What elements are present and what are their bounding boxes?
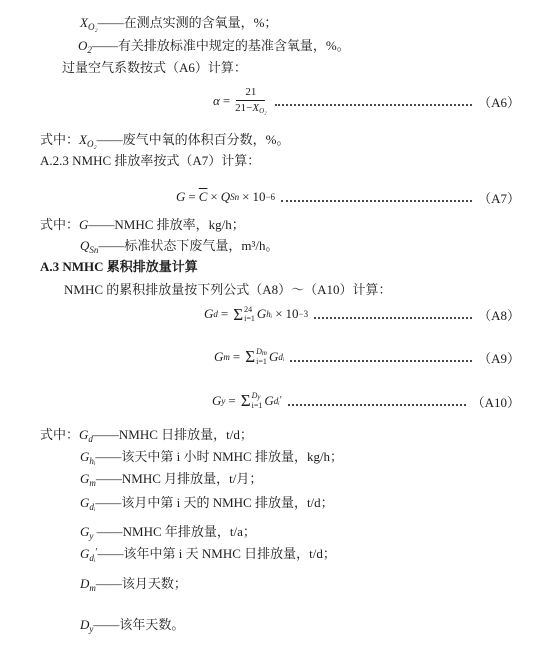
symbol-gdi: G <box>80 546 89 561</box>
prime-mark: ′ <box>280 395 282 406</box>
gdi-symbol: G <box>269 349 278 365</box>
equals-sign: = <box>223 93 230 109</box>
summation: Σ Dm i=1 <box>245 347 267 366</box>
where-text: ——废气中氧的体积百分数，%。 <box>97 132 290 147</box>
document-page: XO₂——在测点实测的含氧量，%； O2——有关排放标准中规定的基准含氧量，%。… <box>0 0 554 660</box>
formula-a8: Gd = Σ 24 i=1 Ghᵢ × 10−3 <box>204 305 308 323</box>
formula-a9: Gm = Σ Dm i=1 Gdᵢ <box>214 347 284 366</box>
where-line-dm: Dm——该月天数； <box>80 575 187 597</box>
symbol-gm: G <box>80 471 89 486</box>
symbol-xo2-subscript: O₂ <box>88 22 98 32</box>
formula-label-a6: （A6） <box>478 92 520 111</box>
gd-subscript: d <box>213 309 218 319</box>
dm-subscript: m <box>262 349 267 357</box>
base-ten: 10 <box>252 189 265 205</box>
summation: Σ Dy i=1 <box>241 391 263 410</box>
equals-sign: = <box>228 393 235 409</box>
paragraph-text: 过量空气系数按式（A6）计算： <box>62 60 247 75</box>
where-prefix: 式中： <box>40 132 79 147</box>
g-symbol: G <box>176 189 185 205</box>
ghi-symbol: G <box>257 306 266 322</box>
where-text: ——NMHC 日排放量，t/d； <box>93 427 253 442</box>
formula-a8-row: Gd = Σ 24 i=1 Ghᵢ × 10−3 （A8） <box>0 301 520 327</box>
dotted-leader <box>314 317 472 319</box>
formula-a10: Gy = Σ Dy i=1 Gdᵢ′ <box>212 391 282 410</box>
gdi-subscript: dᵢ <box>278 352 284 362</box>
sigma-symbol: Σ <box>241 392 251 409</box>
symbol-gy: G <box>80 524 89 539</box>
where-line-qsn: QSn——标准状态下废气量，m³/h。 <box>80 237 279 259</box>
summation-lower-limit: i=1 <box>252 401 263 410</box>
summation-lower-limit: i=1 <box>256 357 267 366</box>
c-bar-symbol: C <box>199 189 208 205</box>
formula-a7: G = C × QSn × 10−6 <box>176 189 275 205</box>
symbol-dy: D <box>80 617 89 632</box>
formula-a6-row: α = 21 21−XO₂ （A6） <box>0 84 520 118</box>
symbol-g: G <box>79 217 88 232</box>
ghi-subscript: hᵢ <box>266 309 272 319</box>
formula-a6: α = 21 21−XO₂ <box>213 86 269 116</box>
gy-subscript: y <box>221 396 225 406</box>
summation-limits: Dm i=1 <box>256 347 267 366</box>
where-line-ghi: Ghᵢ——该天中第 i 小时 NMHC 排放量，kg/h； <box>80 448 343 470</box>
where-text: ——标准状态下废气量，m³/h。 <box>98 238 278 253</box>
gy-symbol: G <box>212 393 221 409</box>
where-text: ——该天中第 i 小时 NMHC 排放量，kg/h； <box>95 449 343 464</box>
base-ten: 10 <box>286 306 299 322</box>
gm-symbol: G <box>214 349 223 365</box>
multiply-sign: × <box>242 189 249 205</box>
formula-label-a7: （A7） <box>478 188 520 207</box>
equals-sign: = <box>221 306 228 322</box>
q-subscript: Sn <box>230 192 239 202</box>
where-line-gd: 式中：Gd——NMHC 日排放量，t/d； <box>40 426 253 448</box>
symbol-xo2-subscript: O₂ <box>87 139 97 149</box>
where-text: ——该年中第 i 天 NMHC 日排放量，t/d； <box>98 546 336 561</box>
definition-line-o2: O2——有关排放标准中规定的基准含氧量，%。 <box>78 37 350 59</box>
definition-line-xo2: XO₂——在测点实测的含氧量，%； <box>80 14 277 36</box>
formula-a10-row: Gy = Σ Dy i=1 Gdᵢ′ （A10） <box>0 388 520 414</box>
sigma-symbol: Σ <box>233 306 243 323</box>
where-prefix: 式中： <box>40 217 79 232</box>
where-text: ——NMHC 月排放量，t/月； <box>96 471 262 486</box>
fraction: 21 21−XO₂ <box>235 86 266 116</box>
summation: Σ 24 i=1 <box>233 305 255 323</box>
gm-subscript: m <box>223 352 230 362</box>
section-heading-a23: A.2.3 NMHC 排放率按式（A7）计算： <box>40 152 260 169</box>
summation-upper-limit: 24 <box>244 305 255 314</box>
heading-text: A.2.3 NMHC 排放率按式（A7）计算： <box>40 153 260 168</box>
where-line-gdi: Gdᵢ——该月中第 i 天的 NMHC 排放量，t/d； <box>80 494 334 516</box>
where-text: ——NMHC 年排放量，t/a； <box>93 524 256 539</box>
symbol-ghi: G <box>80 449 89 464</box>
gdi-symbol: G <box>264 393 273 409</box>
where-prefix: 式中： <box>40 427 79 442</box>
equals-sign: = <box>188 189 195 205</box>
exponent: −6 <box>265 192 275 202</box>
formula-label-a9: （A9） <box>478 348 520 367</box>
paragraph-text: NMHC 的累积排放量按下列公式（A8）～（A10）计算： <box>64 282 392 297</box>
summation-upper-limit: Dy <box>252 391 263 401</box>
heading-text: A.3 NMHC 累积排放量计算 <box>40 259 198 274</box>
multiply-sign: × <box>210 189 217 205</box>
where-line-a6: 式中：XO₂——废气中氧的体积百分数，%。 <box>40 131 289 153</box>
where-line-gm: Gm——NMHC 月排放量，t/月； <box>80 470 262 492</box>
formula-a7-row: G = C × QSn × 10−6 （A7） <box>0 186 520 208</box>
denominator-constant: 21− <box>235 102 252 114</box>
where-text: ——该月天数； <box>96 576 187 591</box>
symbol-dm: D <box>80 576 89 591</box>
formula-label-a8: （A8） <box>478 305 520 324</box>
fraction-numerator: 21 <box>236 86 265 101</box>
dotted-leader <box>290 360 472 362</box>
where-line-gy: Gy ——NMHC 年排放量，t/a； <box>80 523 256 545</box>
definition-text-o2: ——有关排放标准中规定的基准含氧量，%。 <box>92 38 350 53</box>
summation-limits: 24 i=1 <box>244 305 255 323</box>
gd-symbol: G <box>204 306 213 322</box>
exponent: −3 <box>299 309 309 319</box>
where-text: ——该年天数。 <box>93 617 184 632</box>
equals-sign: = <box>233 349 240 365</box>
summation-lower-limit: i=1 <box>244 314 255 323</box>
where-line-g: 式中：G——NMHC 排放率，kg/h； <box>40 216 245 233</box>
symbol-qsn: Q <box>80 238 89 253</box>
dotted-leader <box>275 104 472 106</box>
paragraph-excess-air-intro: 过量空气系数按式（A6）计算： <box>62 59 247 76</box>
symbol-xo2: X <box>79 132 87 147</box>
summation-limits: Dy i=1 <box>252 391 263 410</box>
fraction-denominator: 21−XO₂ <box>235 101 266 115</box>
alpha-symbol: α <box>213 93 220 109</box>
where-line-gdi-year: Gdᵢ′——该年中第 i 天 NMHC 日排放量，t/d； <box>80 544 336 567</box>
section-heading-a3: A.3 NMHC 累积排放量计算 <box>40 258 198 275</box>
formula-a9-row: Gm = Σ Dm i=1 Gdᵢ （A9） <box>0 344 520 370</box>
symbol-gd: G <box>79 427 88 442</box>
symbol-gdi: G <box>80 495 89 510</box>
summation-upper-limit: Dm <box>256 347 267 357</box>
sigma-symbol: Σ <box>245 348 255 365</box>
dy-subscript: y <box>257 393 260 401</box>
symbol-o2: O <box>78 38 87 53</box>
where-text: ——NMHC 排放率，kg/h； <box>88 217 244 232</box>
dotted-leader <box>281 200 472 202</box>
paragraph-a3-intro: NMHC 的累积排放量按下列公式（A8）～（A10）计算： <box>64 281 392 298</box>
definition-text-xo2: ——在测点实测的含氧量，%； <box>98 15 278 30</box>
q-symbol: Q <box>221 189 230 205</box>
multiply-sign: × <box>275 306 282 322</box>
where-line-dy: Dy——该年天数。 <box>80 616 184 638</box>
dotted-leader <box>288 404 466 406</box>
formula-label-a10: （A10） <box>472 392 520 411</box>
where-text: ——该月中第 i 天的 NMHC 排放量，t/d； <box>95 495 333 510</box>
denominator-subscript: O₂ <box>259 107 267 115</box>
symbol-xo2: X <box>80 15 88 30</box>
